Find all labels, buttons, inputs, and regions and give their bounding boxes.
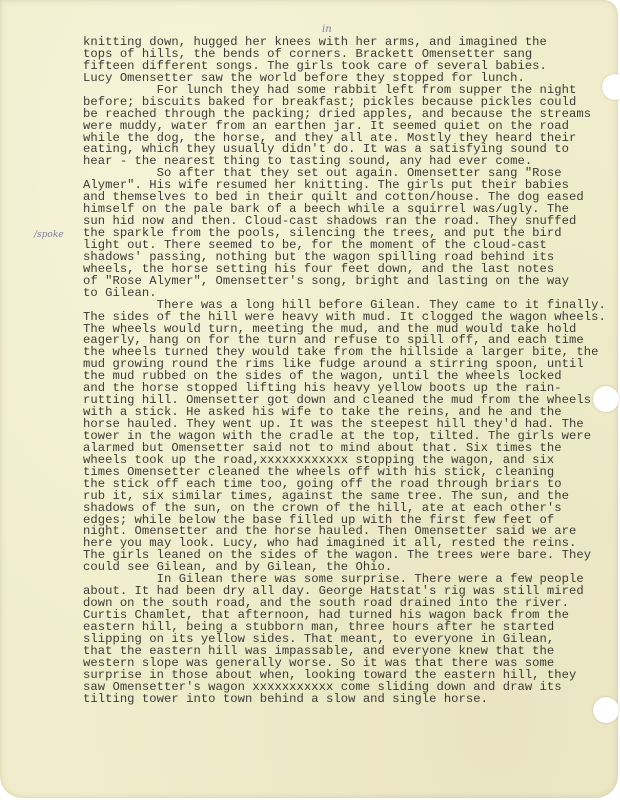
typewritten-body: knitting down, hugged her knees with her…: [83, 37, 613, 706]
handwritten-insert-in: in: [322, 24, 332, 35]
handwritten-margin-note: /spoke: [34, 230, 64, 240]
text-line: tilting tower into town behind a slow an…: [83, 694, 613, 706]
text-line: of "Rose Alymer", Omensetter's song, bri…: [83, 276, 613, 288]
manuscript-page: in /spoke knitting down, hugged her knee…: [0, 0, 618, 798]
